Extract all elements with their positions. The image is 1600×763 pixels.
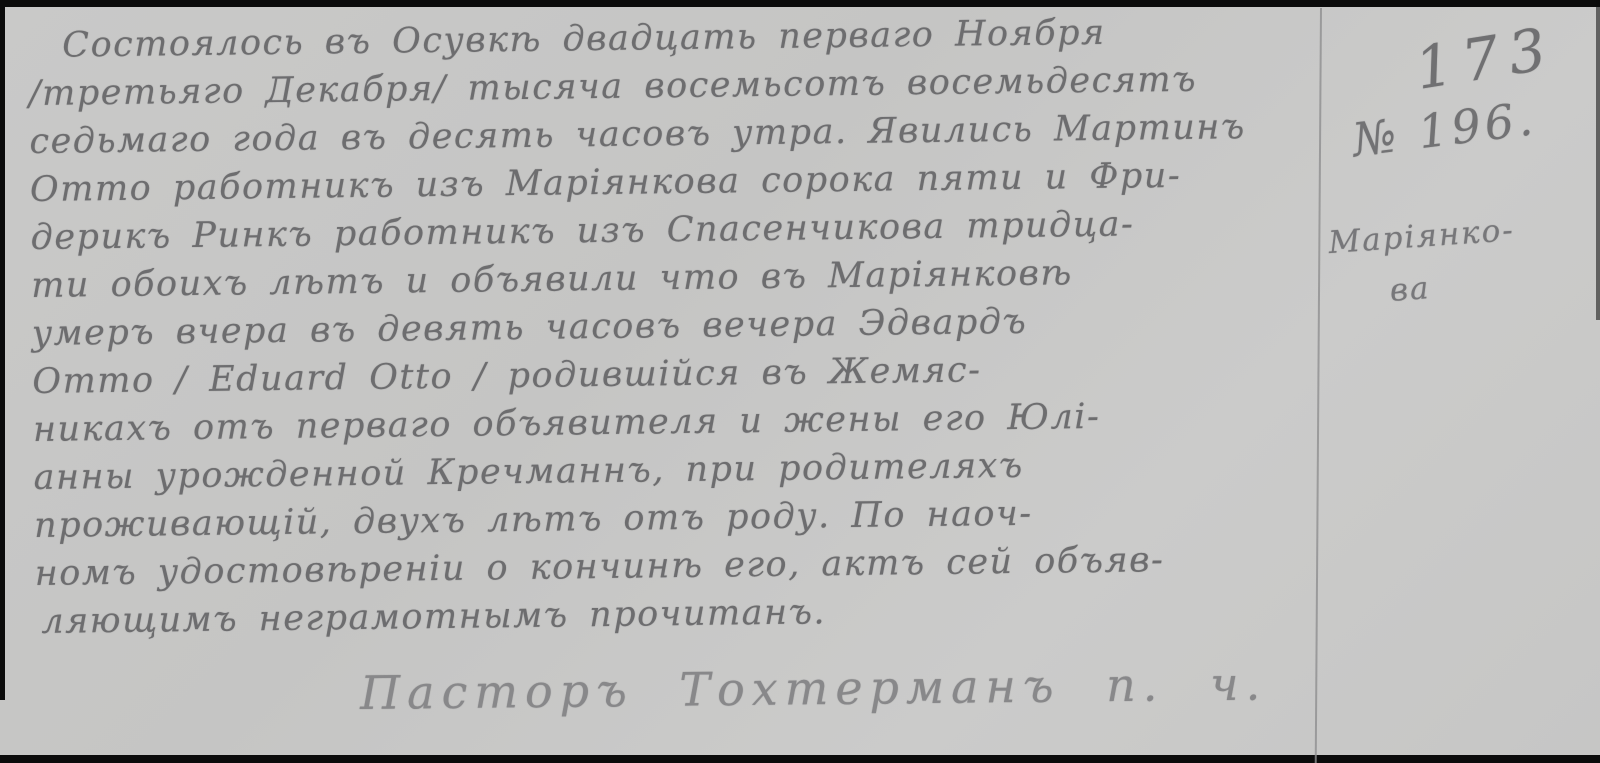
record-body: Состоялось въ Осувкѣ двадцать перваго Но… xyxy=(28,6,1321,646)
film-edge-top xyxy=(0,0,1600,7)
act-number: № 196. xyxy=(1350,87,1575,167)
film-edge-right xyxy=(1596,0,1600,320)
scanned-register-page: Состоялось въ Осувкѣ двадцать перваго Но… xyxy=(0,0,1600,763)
pastor-signature: Пасторъ Тохтерманъ п. ч. xyxy=(360,658,1121,720)
film-edge-bottom xyxy=(0,755,1600,763)
margin-place-note: Маріянко- ва xyxy=(1327,199,1594,321)
film-edge-left xyxy=(0,0,5,700)
